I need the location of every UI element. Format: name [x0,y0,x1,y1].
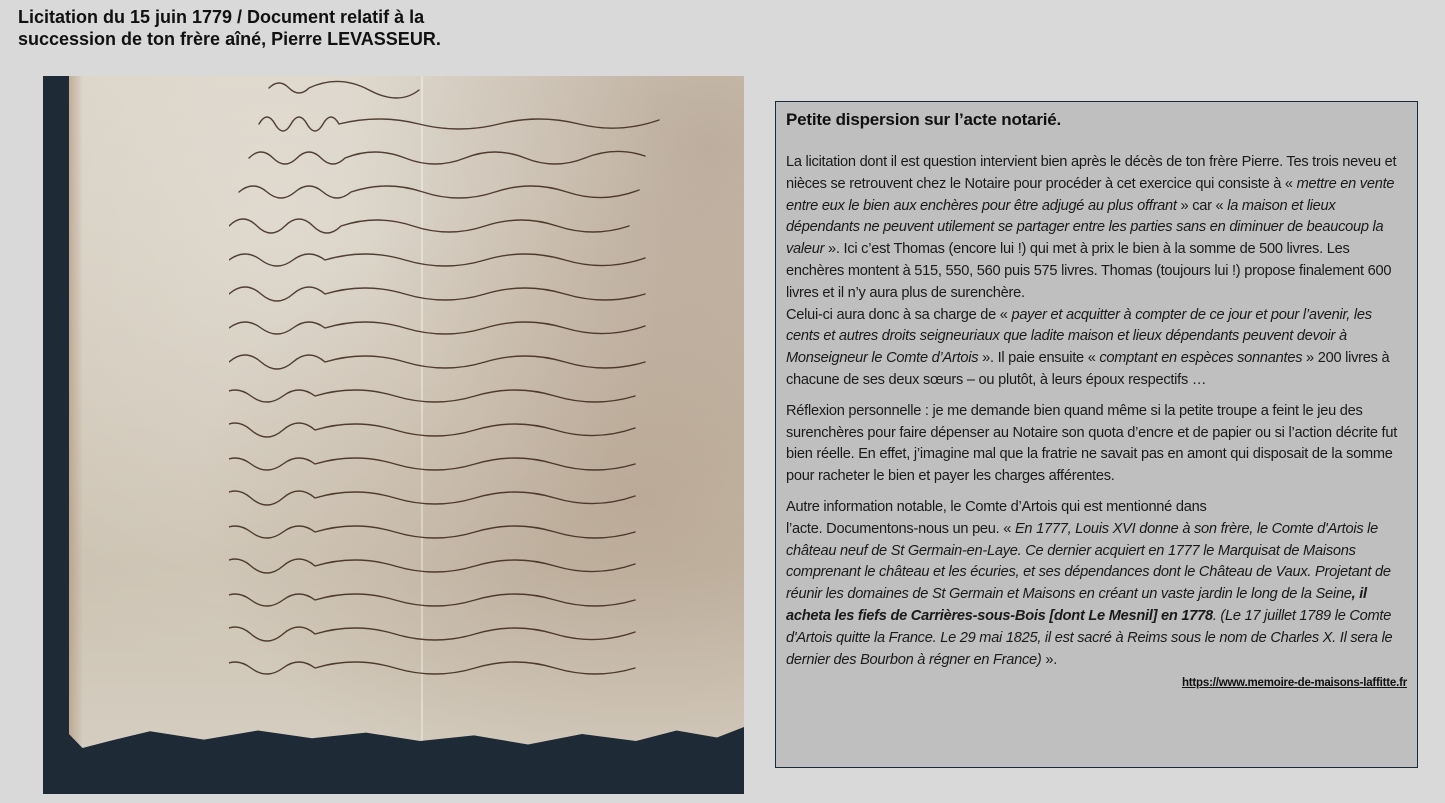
manuscript-paper [69,76,744,776]
source-link[interactable]: https://www.memoire-de-maisons-laffitte.… [786,673,1407,695]
commentary-panel: Petite dispersion sur l’acte notarié. La… [775,101,1418,768]
paragraph-reflexion: Réflexion personnelle : je me demande bi… [786,401,1407,488]
page-title: Licitation du 15 juin 1779 / Document re… [18,6,538,50]
panel-heading: Petite dispersion sur l’acte notarié. [786,108,1407,132]
page-title-line-1: Licitation du 15 juin 1779 / Document re… [18,6,538,28]
paragraph-licitation: La licitation dont il est question inter… [786,152,1407,305]
manuscript-photo [43,76,744,794]
paragraph-charges: Celui-ci aura donc à sa charge de « paye… [786,305,1407,392]
paragraph-comte-artois: Autre information notable, le Comte d’Ar… [786,497,1407,671]
page-title-line-2: succession de ton frère aîné, Pierre LEV… [18,28,538,50]
quote-especes-sonnantes: comptant en espèces sonnantes [1099,350,1302,366]
handwriting-strokes [229,76,744,716]
paper-edge [69,76,83,776]
